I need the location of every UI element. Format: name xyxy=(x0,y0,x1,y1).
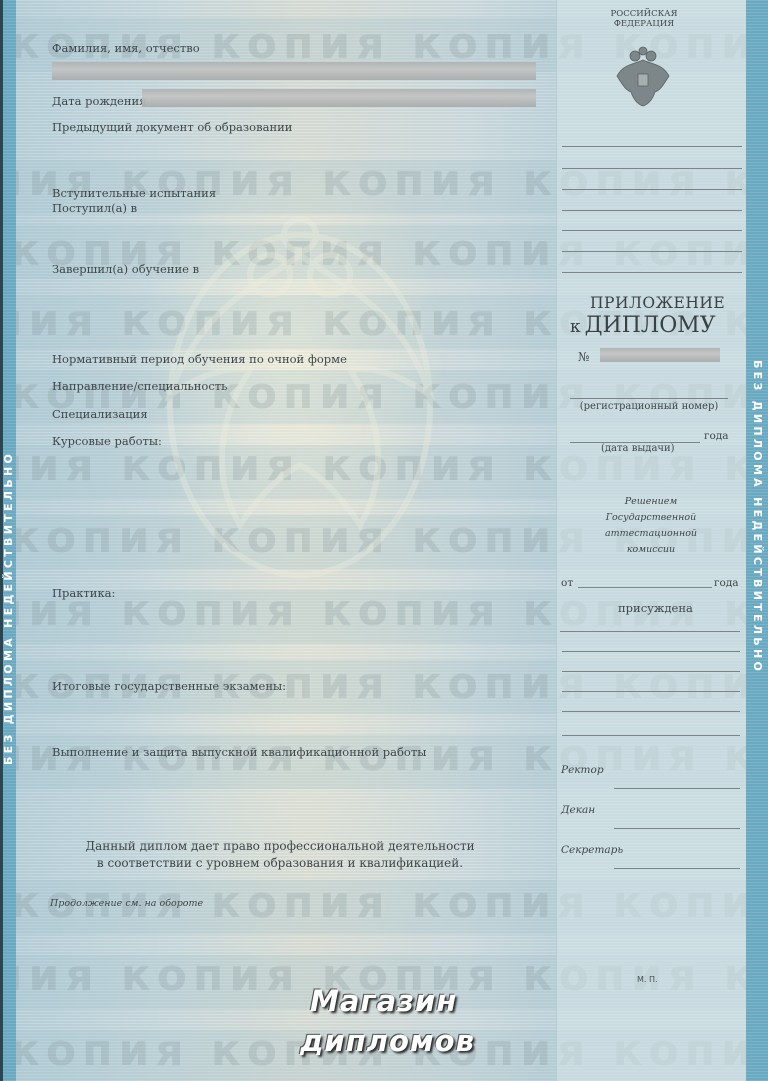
decision-line: Государственной xyxy=(586,510,716,526)
reg-number-line xyxy=(570,398,728,399)
blank-line xyxy=(562,210,742,211)
coat-of-arms-icon xyxy=(613,46,673,110)
supplement-subtitle: кДИПЛОМУ xyxy=(570,313,716,338)
dean-signature-line xyxy=(614,828,740,829)
blank-line xyxy=(562,251,742,252)
diploma-supplement-page: копия копия копия копия копия копиякопия… xyxy=(0,0,768,1081)
enrolled-label: Поступил(а) в xyxy=(52,201,137,215)
seal-place: М. П. xyxy=(637,975,658,984)
decision-line: комиссии xyxy=(586,542,716,558)
rights-statement: Данный диплом дает право профессионально… xyxy=(30,838,530,872)
rights-line-2: в соответствии с уровнем образования и к… xyxy=(30,855,530,872)
coursework-label: Курсовые работы: xyxy=(52,434,162,448)
shop-overlay-line-1: Магазин xyxy=(310,984,457,1018)
blank-line xyxy=(562,671,740,672)
side-warning-text-right: БЕЗ ДИПЛОМА НЕДЕЙСТВИТЕЛЬНО xyxy=(751,360,764,674)
completed-label: Завершил(а) обучение в xyxy=(52,262,199,276)
year-word-2: года xyxy=(714,577,739,589)
year-word: года xyxy=(704,430,729,442)
reg-number-caption: (регистрационный номер) xyxy=(566,401,732,412)
birth-date-label: Дата рождения xyxy=(52,94,146,108)
blank-line xyxy=(562,711,740,712)
shop-overlay-line-2: дипломов xyxy=(300,1024,475,1058)
country-line-1: РОССИЙСКАЯ xyxy=(596,9,692,19)
title-prefix: к xyxy=(570,317,581,337)
supplement-title: ПРИЛОЖЕНИЕ xyxy=(590,294,725,312)
prev-document-label: Предыдущий документ об образовании xyxy=(52,120,292,134)
title-main: ДИПЛОМУ xyxy=(585,313,716,338)
eagle-watermark-icon xyxy=(140,195,460,615)
thesis-label: Выполнение и защита выпускной квалификац… xyxy=(52,745,426,759)
full-name-label: Фамилия, имя, отчество xyxy=(52,41,200,55)
side-warning-text-left: БЕЗ ДИПЛОМА НЕДЕЙСТВИТЕЛЬНО xyxy=(2,451,15,765)
blank-line xyxy=(562,272,742,273)
awarded-label: присуждена xyxy=(618,601,693,615)
from-word: от xyxy=(561,577,573,589)
issue-date-caption: (дата выдачи) xyxy=(601,443,675,454)
secretary-signature-line xyxy=(614,868,740,869)
rights-line-1: Данный диплом дает право профессионально… xyxy=(30,838,530,855)
number-sign: № xyxy=(578,350,589,364)
secretary-label: Секретарь xyxy=(561,844,623,856)
blank-line xyxy=(562,168,742,169)
decision-line: аттестационной xyxy=(586,526,716,542)
blank-line xyxy=(562,189,742,190)
diploma-number-redacted xyxy=(600,348,720,362)
country-line-2: ФЕДЕРАЦИЯ xyxy=(596,19,692,29)
dean-label: Декан xyxy=(561,804,595,816)
commission-decision: Решением Государственной аттестационной … xyxy=(586,494,716,558)
rector-signature-line xyxy=(614,788,740,789)
blank-line xyxy=(560,631,740,632)
decision-line: Решением xyxy=(586,494,716,510)
blank-line xyxy=(562,691,740,692)
specialization-label: Специализация xyxy=(52,407,148,421)
full-name-redacted xyxy=(52,62,536,80)
continued-note: Продолжение см. на обороте xyxy=(50,898,203,909)
decision-date-line xyxy=(578,587,712,588)
study-period-label: Нормативный период обучения по очной фор… xyxy=(52,352,347,366)
blank-line xyxy=(562,735,740,736)
final-exams-label: Итоговые государственные экзамены: xyxy=(52,679,286,693)
blank-line xyxy=(562,230,742,231)
blank-line xyxy=(562,651,740,652)
birth-date-redacted xyxy=(142,89,536,107)
direction-label: Направление/специальность xyxy=(52,379,227,393)
rector-label: Ректор xyxy=(561,764,604,776)
country-name: РОССИЙСКАЯ ФЕДЕРАЦИЯ xyxy=(596,9,692,29)
entrance-tests-label: Вступительные испытания xyxy=(52,186,216,200)
practice-label: Практика: xyxy=(52,586,115,600)
blank-line xyxy=(562,146,742,147)
